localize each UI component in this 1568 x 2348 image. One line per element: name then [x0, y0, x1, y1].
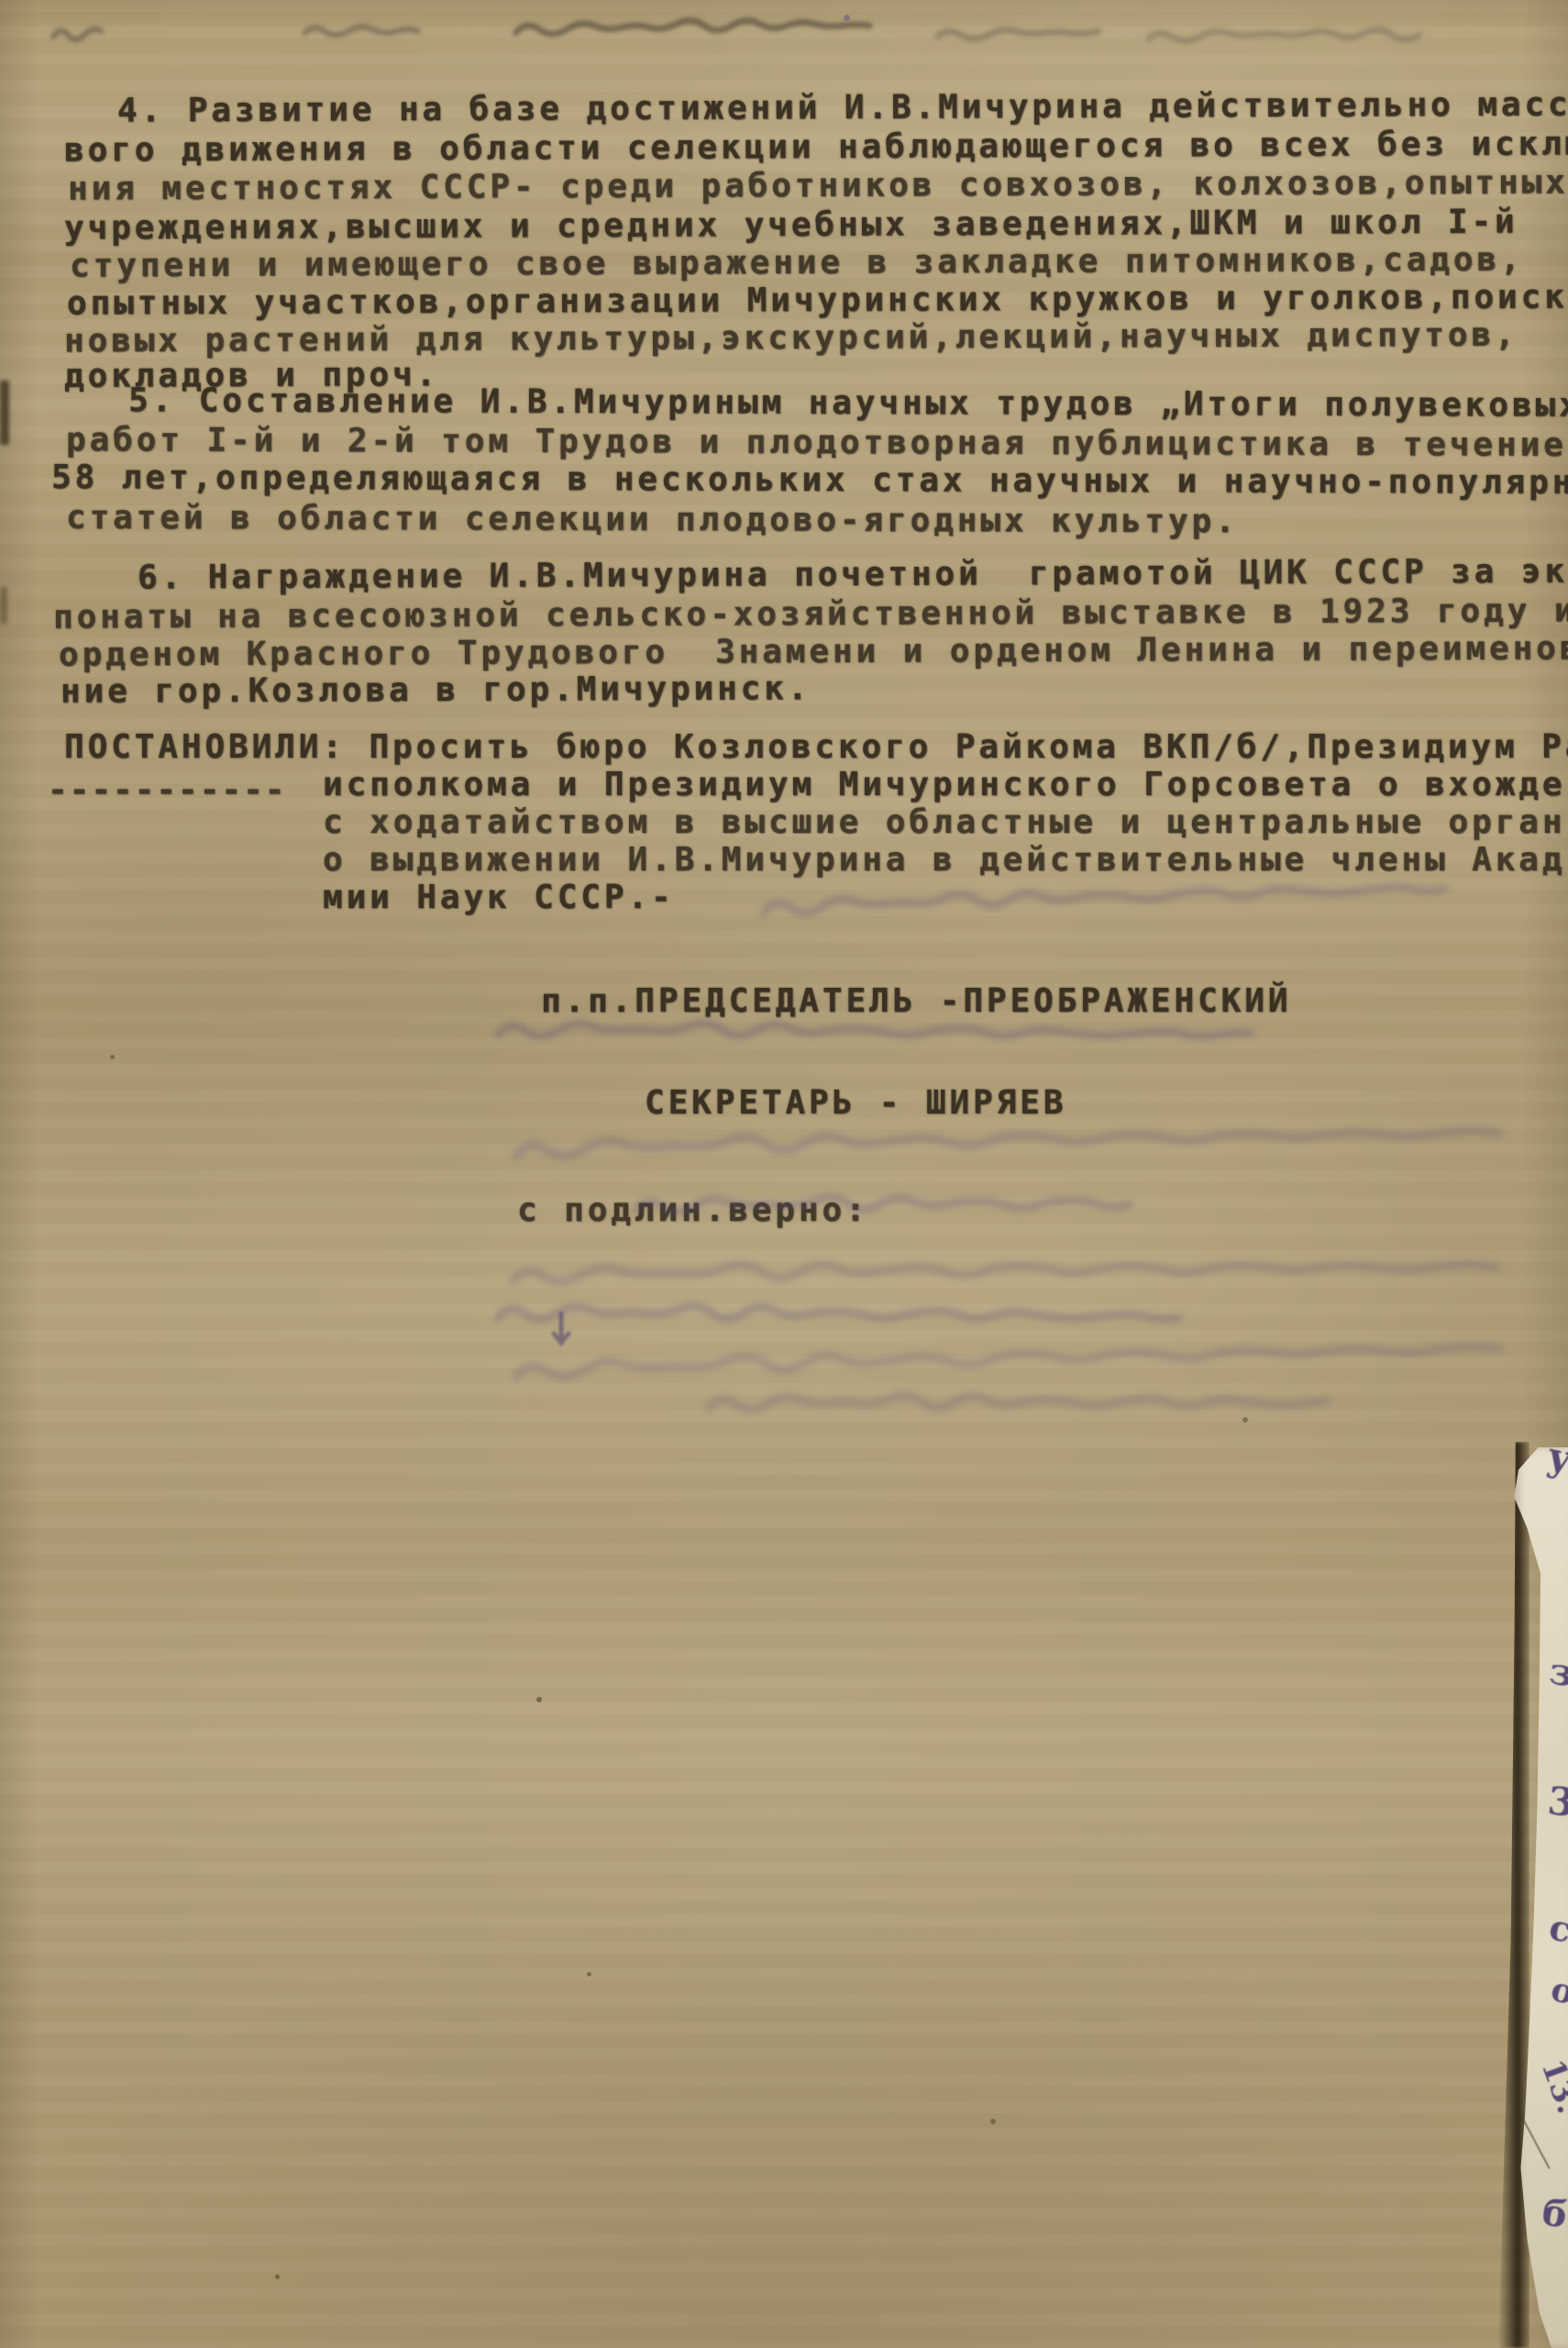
ink-smudge	[513, 1124, 1559, 1173]
typed-line: новых растений для культуры,экскурсий,ле…	[64, 317, 1518, 360]
resolution-heading-line: ПОСТАНОВИЛИ: Просить бюро Козловского Ра…	[64, 729, 1568, 766]
pencil-smudge	[935, 24, 1119, 48]
resolution-line: мии Наук СССР.-	[323, 880, 675, 916]
typed-line: ние гор.Козлова в гор.Мичуринск.	[61, 670, 812, 711]
paper-speck	[587, 1972, 591, 1977]
signature-line-secretary: СЕКРЕТАРЬ - ШИРЯЕВ	[645, 1085, 1066, 1122]
resolution-line: с ходатайством в высшие областные и цент…	[323, 804, 1565, 841]
ink-smudge	[513, 1339, 1560, 1394]
pencil-smudge	[513, 17, 908, 44]
paper-speck	[110, 1055, 115, 1059]
pencil-smudge	[50, 22, 115, 46]
edge-mark	[0, 381, 9, 445]
signature-line-chairman: п.п.ПРЕДСЕДАТЕЛЬ -ПРЕОБРАЖЕНСКИЙ	[541, 983, 1291, 1020]
paper-speck	[536, 1697, 542, 1702]
pencil-smudge	[1146, 26, 1449, 50]
typed-line: ния местностях СССР- среди работников со…	[68, 164, 1568, 207]
edge-mark	[0, 587, 7, 624]
resolution-underline: -----------	[48, 772, 286, 809]
ink-smudge	[510, 1258, 1555, 1299]
typed-line: 58 лет,определяющаяся в нескольких стах …	[51, 460, 1568, 502]
ink-smudge	[495, 1296, 1193, 1345]
ink-smudge	[495, 1013, 1266, 1064]
typed-line: 4. Развитие на базе достижений И.В.Мичур…	[117, 86, 1568, 129]
typed-line: работ I-й и 2-й том Трудов и плодотворна…	[66, 422, 1567, 464]
typed-line: 6. Награждение И.В.Мичурина почетной гра…	[138, 554, 1568, 597]
typed-line: 5. Составление И.В.Мичуриным научных тру…	[128, 382, 1568, 425]
typed-line: вого движения в области селекции наблюда…	[64, 126, 1568, 169]
ink-smudge	[706, 1387, 1348, 1430]
typed-line: орденом Красного Трудового Знамени и орд…	[59, 630, 1568, 673]
resolution-line: исполкома и Президиум Мичуринского Горсо…	[323, 767, 1565, 803]
ink-smudge	[761, 879, 1477, 928]
paper-speck	[990, 2119, 996, 2124]
typed-line: учреждениях,высших и средних учебных зав…	[64, 205, 1518, 248]
pencil-smudge	[303, 20, 422, 44]
paper-speck	[275, 2275, 280, 2279]
typed-line: понаты на всесоюзной сельско-хозяйственн…	[53, 593, 1568, 636]
typed-line: статей в области селекции плодово-ягодны…	[66, 500, 1239, 540]
ink-mark	[550, 1312, 574, 1348]
resolution-line: о выдвижении И.В.Мичурина в действительн…	[323, 842, 1565, 879]
ink-speck	[844, 15, 850, 21]
certification-line: с подлин.верно:	[517, 1192, 869, 1229]
typed-line: ступени и имеющего свое выражение в закл…	[70, 242, 1524, 285]
scanned-document-page: 4. Развитие на базе достижений И.В.Мичур…	[0, 0, 1568, 2348]
paper-speck	[1242, 1417, 1248, 1423]
